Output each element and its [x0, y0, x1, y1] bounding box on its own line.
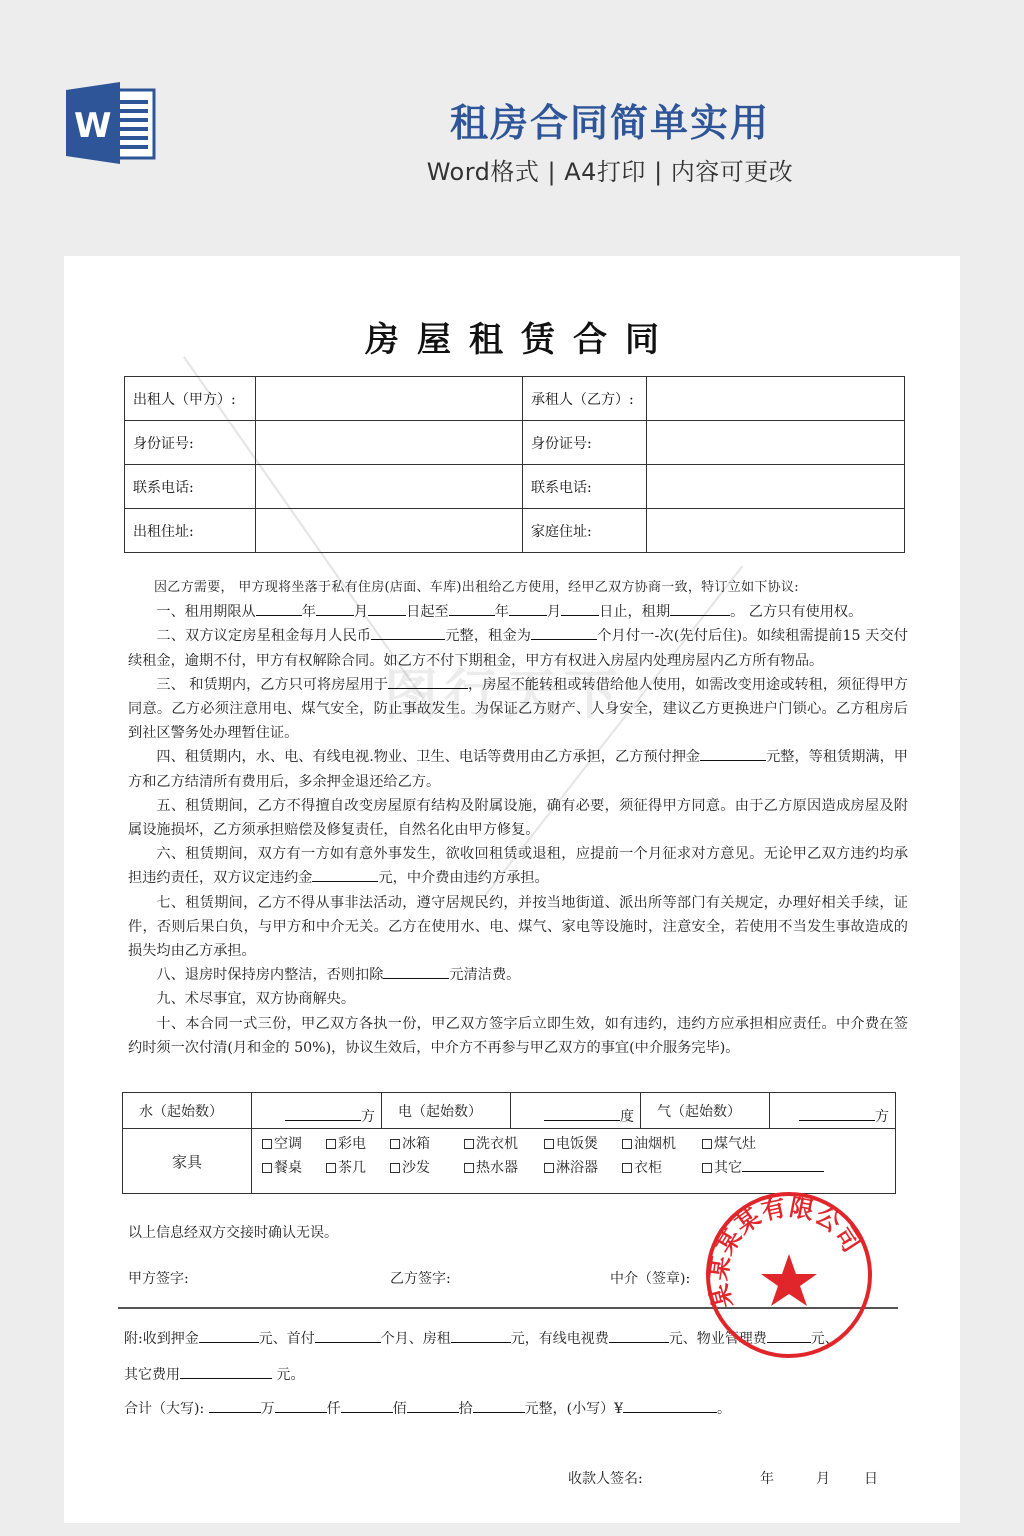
table-row: 出租人（甲方）: 承租人（乙方）:	[125, 377, 905, 421]
gas-field[interactable]: 方	[770, 1093, 896, 1129]
clause-2: 二、双方议定房星租金每月人民币元整，租金为个月付一-次(先付后住)。如续租需提前…	[128, 624, 908, 672]
furniture-checkbox-item[interactable]: 电饭煲	[544, 1132, 622, 1156]
end-day-blank[interactable]	[561, 602, 599, 616]
furniture-checkbox-item[interactable]: 茶几	[326, 1156, 390, 1180]
furniture-checkbox-item[interactable]: 热水器	[464, 1156, 544, 1180]
furniture-label: 其它	[714, 1160, 742, 1176]
company-stamp: 某某某某有限公司	[706, 1192, 872, 1358]
end-year-blank[interactable]	[449, 602, 495, 616]
checkbox-icon[interactable]	[390, 1163, 400, 1173]
checkbox-icon[interactable]	[390, 1139, 400, 1149]
cleaning-fee-blank[interactable]	[383, 965, 449, 979]
start-month-blank[interactable]	[316, 602, 354, 616]
cable-tv-fee-blank[interactable]	[609, 1329, 669, 1343]
term-blank[interactable]	[670, 602, 730, 616]
lessee-label: 承租人（乙方）:	[523, 377, 647, 421]
furniture-checkbox-item[interactable]: 餐桌	[262, 1156, 326, 1180]
confirmation-text: 以上信息经双方交接时确认无误。	[128, 1222, 338, 1242]
payee-signature-label: 收款人签名:	[568, 1468, 643, 1488]
payment-period-blank[interactable]	[531, 626, 597, 640]
table-row: 联系电话: 联系电话:	[125, 465, 905, 509]
payee-day-label: 日	[864, 1468, 878, 1488]
furniture-label: 茶几	[338, 1160, 366, 1176]
clause-3: 三、 和赁期内，乙方只可将房屋用于，房屋不能转租或转借给他人使用，如需改变用途或…	[128, 673, 908, 746]
checkbox-icon[interactable]	[544, 1163, 554, 1173]
party-a-signature-label: 甲方签字:	[128, 1268, 189, 1288]
party-b-signature-label: 乙方签字:	[390, 1268, 451, 1288]
furniture-checkbox-item[interactable]: 其它	[702, 1156, 824, 1180]
checkbox-icon[interactable]	[262, 1163, 272, 1173]
promo-subtitle: Word格式 | A4打印 | 内容可更改	[300, 152, 920, 187]
clause-8: 八、退房时保持房内整洁，否则扣除元清洁费。	[128, 963, 908, 987]
monthly-rent-blank[interactable]	[371, 626, 445, 640]
lessor-phone-field[interactable]	[256, 465, 523, 509]
rent-blank[interactable]	[451, 1329, 511, 1343]
document-page: 图行天下 房屋租赁合同 出租人（甲方）: 承租人（乙方）: 身份证号: 身份证号…	[64, 256, 960, 1523]
furniture-label: 电饭煲	[556, 1136, 598, 1152]
start-day-blank[interactable]	[368, 602, 406, 616]
furniture-checkbox-item[interactable]: 空调	[262, 1132, 326, 1156]
checkbox-icon[interactable]	[702, 1163, 712, 1173]
furniture-checkbox-item[interactable]: 彩电	[326, 1132, 390, 1156]
appendix-line-3: 合计（大写): 万仟佰拾元整，(小写）¥。	[124, 1398, 731, 1418]
table-row: 水（起始数） 方 电（起始数） 度 气（起始数） 方	[123, 1093, 896, 1129]
appendix-line-2: 其它费用 元。	[124, 1364, 304, 1384]
lessor-id-field[interactable]	[256, 421, 523, 465]
home-address-field[interactable]	[647, 509, 905, 553]
checkbox-icon[interactable]	[262, 1139, 272, 1149]
furniture-checkbox-item[interactable]: 衣柜	[622, 1156, 702, 1180]
total-bai-blank[interactable]	[341, 1399, 393, 1413]
utilities-table: 水（起始数） 方 电（起始数） 度 气（起始数） 方 家具 空调彩电冰箱洗衣机电…	[122, 1092, 896, 1194]
lessor-field[interactable]	[256, 377, 523, 421]
lessor-phone-label: 联系电话:	[125, 465, 256, 509]
lessor-label: 出租人（甲方）:	[125, 377, 256, 421]
furniture-label: 空调	[274, 1136, 302, 1152]
total-shi-blank[interactable]	[407, 1399, 459, 1413]
first-payment-blank[interactable]	[315, 1329, 381, 1343]
furniture-label: 淋浴器	[556, 1160, 598, 1176]
clause-6: 六、租赁期间，双方有一方如有意外事发生，欲收回租赁或退租，应提前一个月征求对方意…	[128, 842, 908, 890]
end-month-blank[interactable]	[509, 602, 547, 616]
checkbox-icon[interactable]	[544, 1139, 554, 1149]
clause-10: 十、本合同一式三份，甲乙双方各执一份，甲乙双方签字后立即生效，如有违约，违约方应…	[128, 1012, 908, 1060]
star-icon	[761, 1254, 817, 1306]
clause-9: 九、术尽事宜，双方协商解央。	[128, 987, 908, 1011]
furniture-label: 餐桌	[274, 1160, 302, 1176]
furniture-checkbox-item[interactable]: 冰箱	[390, 1132, 464, 1156]
furniture-label: 家具	[123, 1129, 252, 1194]
electric-label: 电（起始数）	[382, 1093, 511, 1129]
usage-blank[interactable]	[388, 675, 468, 689]
furniture-label: 油烟机	[634, 1136, 676, 1152]
clause-4: 四、租赁期内，水、电、有线电视.物业、卫生、电话等费用由乙方承担，乙方预付押金元…	[128, 745, 908, 793]
checkbox-icon[interactable]	[622, 1163, 632, 1173]
payee-year-label: 年	[760, 1468, 774, 1488]
furniture-row: 餐桌茶几沙发热水器淋浴器衣柜其它	[262, 1156, 885, 1180]
furniture-checkbox-item[interactable]: 煤气灶	[702, 1132, 792, 1156]
table-row: 出租住址: 家庭住址:	[125, 509, 905, 553]
contract-clauses: 因乙方需要， 甲方现将坐落于私有住房(店面、车库)出租给乙方使用，经甲乙双方协商…	[128, 576, 908, 1060]
checkbox-icon[interactable]	[464, 1163, 474, 1173]
lessee-phone-field[interactable]	[647, 465, 905, 509]
total-wan-blank[interactable]	[209, 1399, 261, 1413]
furniture-label: 衣柜	[634, 1160, 662, 1176]
checkbox-icon[interactable]	[326, 1163, 336, 1173]
total-qian-blank[interactable]	[275, 1399, 327, 1413]
table-row: 家具 空调彩电冰箱洗衣机电饭煲油烟机煤气灶 餐桌茶几沙发热水器淋浴器衣柜其它	[123, 1129, 896, 1194]
furniture-checkbox-item[interactable]: 沙发	[390, 1156, 464, 1180]
home-address-label: 家庭住址:	[523, 509, 647, 553]
checkbox-icon[interactable]	[702, 1139, 712, 1149]
furniture-row: 空调彩电冰箱洗衣机电饭煲油烟机煤气灶	[262, 1132, 885, 1156]
deposit-received-blank[interactable]	[199, 1329, 259, 1343]
word-document-icon: W	[66, 82, 156, 164]
gas-label: 气（起始数）	[641, 1093, 770, 1129]
furniture-checkbox-item[interactable]: 油烟机	[622, 1132, 702, 1156]
party-info-table: 出租人（甲方）: 承租人（乙方）: 身份证号: 身份证号: 联系电话: 联系电话…	[124, 376, 905, 553]
other-furniture-blank[interactable]	[742, 1158, 824, 1172]
agent-signature-label: 中介（签章):	[610, 1268, 690, 1288]
payee-month-label: 月	[816, 1468, 830, 1488]
document-title: 房屋租赁合同	[64, 312, 960, 361]
lessee-phone-label: 联系电话:	[523, 465, 647, 509]
clause-7: 七、租赁期间，乙方不得从事非法活动，遵守居规民约，并按当地街道、派出所等部门有关…	[128, 891, 908, 964]
rental-address-label: 出租住址:	[125, 509, 256, 553]
checkbox-icon[interactable]	[464, 1139, 474, 1149]
clause-intro: 因乙方需要， 甲方现将坐落于私有住房(店面、车库)出租给乙方使用，经甲乙双方协商…	[128, 576, 908, 600]
furniture-checkbox-item[interactable]: 洗衣机	[464, 1132, 544, 1156]
start-year-blank[interactable]	[256, 602, 302, 616]
lessee-id-label: 身份证号:	[523, 421, 647, 465]
rental-address-field[interactable]	[256, 509, 523, 553]
furniture-label: 热水器	[476, 1160, 518, 1176]
penalty-blank[interactable]	[312, 868, 378, 882]
furniture-label: 煤气灶	[714, 1136, 756, 1152]
checkbox-icon[interactable]	[326, 1139, 336, 1149]
other-fees-blank[interactable]	[180, 1365, 272, 1379]
promo-title: 租房合同简单实用	[300, 92, 920, 147]
electric-field[interactable]: 度	[511, 1093, 641, 1129]
total-numeric-blank[interactable]	[623, 1399, 717, 1413]
furniture-label: 沙发	[402, 1160, 430, 1176]
total-yuan-blank[interactable]	[473, 1399, 525, 1413]
lessor-id-label: 身份证号:	[125, 421, 256, 465]
checkbox-icon[interactable]	[622, 1139, 632, 1149]
clause-1: 一、租用期限从年月日起至年月日止，租期。 乙方只有使用权。	[128, 600, 908, 624]
water-field[interactable]: 方	[252, 1093, 382, 1129]
furniture-checklist: 空调彩电冰箱洗衣机电饭煲油烟机煤气灶 餐桌茶几沙发热水器淋浴器衣柜其它	[252, 1129, 896, 1194]
furniture-label: 彩电	[338, 1136, 366, 1152]
furniture-checkbox-item[interactable]: 淋浴器	[544, 1156, 622, 1180]
table-row: 身份证号: 身份证号:	[125, 421, 905, 465]
furniture-label: 洗衣机	[476, 1136, 518, 1152]
clause-5: 五、租赁期间，乙方不得擅自改变房屋原有结构及附属设施，确有必要，须征得甲方同意。…	[128, 794, 908, 842]
water-label: 水（起始数）	[123, 1093, 252, 1129]
lessee-field[interactable]	[647, 377, 905, 421]
deposit-blank[interactable]	[700, 747, 766, 761]
word-icon-letter: W	[74, 106, 112, 146]
lessee-id-field[interactable]	[647, 421, 905, 465]
furniture-label: 冰箱	[402, 1136, 430, 1152]
